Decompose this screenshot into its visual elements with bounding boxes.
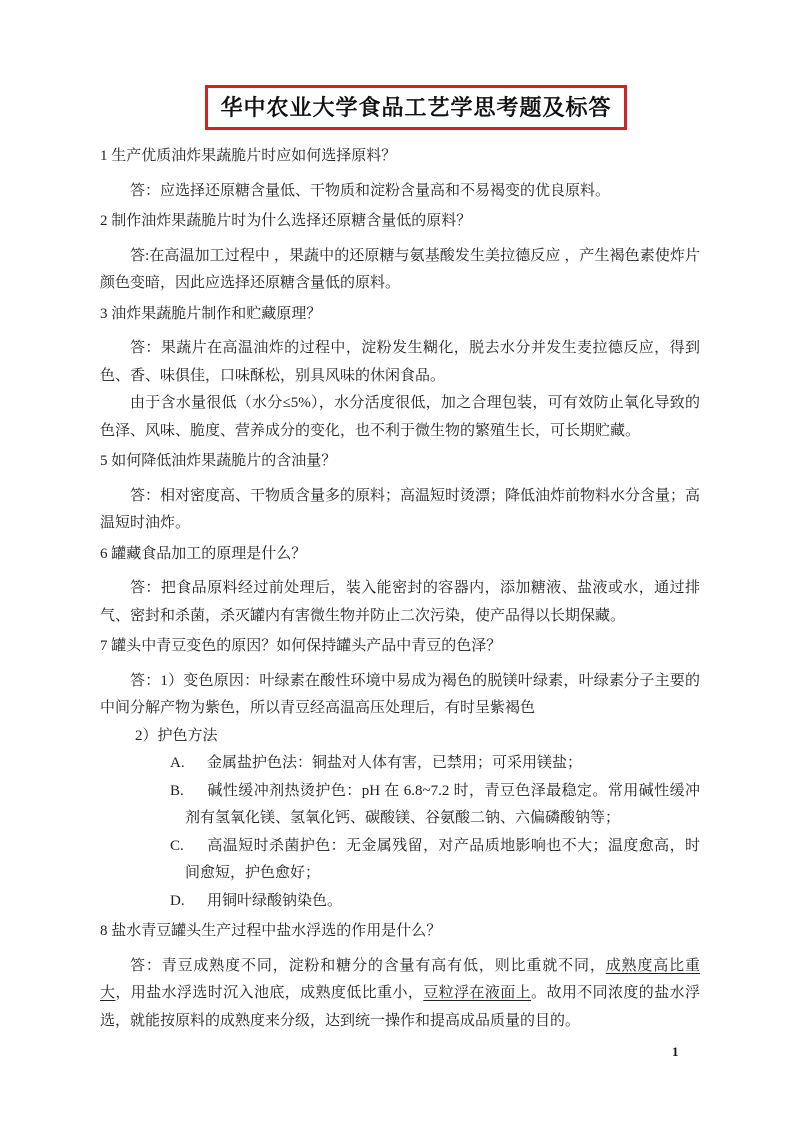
question-3: 3 油炸果蔬脆片制作和贮藏原理？ <box>100 301 700 329</box>
item-c-text: 高温短时杀菌护色：无金属残留，对产品质地影响也不大；温度愈高，时间愈短，护色愈好… <box>185 838 700 882</box>
document-page: 华中农业大学食品工艺学思考题及标答 1 生产优质油炸果蔬脆片时应如何选择原料？ … <box>0 0 800 1131</box>
item-a-marker: A. <box>170 750 207 778</box>
document-title: 华中农业大学食品工艺学思考题及标答 <box>220 94 611 122</box>
answer-7-item-b: B.碱性缓冲剂热烫护色：pH 在 6.8~7.2 时，青豆色泽最稳定。常用碱性缓… <box>100 778 700 833</box>
question-7: 7 罐头中青豆变色的原因？如何保持罐头产品中青豆的色泽？ <box>100 633 700 661</box>
answer-7-item-c: C.高温短时杀菌护色：无金属残留，对产品质地影响也不大；温度愈高，时间愈短，护色… <box>100 833 700 888</box>
answer-7-item-d: D.用铜叶绿酸钠染色。 <box>100 888 700 916</box>
item-d-text: 用铜叶绿酸钠染色。 <box>207 893 342 909</box>
answer-8-underlined-2: 豆粒浮在液面上 <box>423 985 531 1001</box>
item-c-marker: C. <box>170 833 207 861</box>
question-8: 8 盐水青豆罐头生产过程中盐水浮选的作用是什么？ <box>100 918 700 946</box>
item-a-text: 金属盐护色法：铜盐对人体有害，已禁用；可采用镁盐； <box>207 755 582 771</box>
answer-8: 答：青豆成熟度不同，淀粉和糖分的含量有高有低，则比重就不同，成熟度高比重大，用盐… <box>100 953 700 1036</box>
answer-7-paragraph-2: 2）护色方法 <box>100 723 700 751</box>
page-number: 1 <box>672 1044 679 1060</box>
question-5: 5 如何降低油炸果蔬脆片的含油量？ <box>100 448 700 476</box>
question-2: 2 制作油炸果蔬脆片时为什么选择还原糖含量低的原料？ <box>100 208 700 236</box>
document-content: 华中农业大学食品工艺学思考题及标答 1 生产优质油炸果蔬脆片时应如何选择原料？ … <box>100 0 700 1035</box>
answer-7-paragraph-1: 答：1）变色原因：叶绿素在酸性环境中易成为褐色的脱镁叶绿素，叶绿素分子主要的中间… <box>100 668 700 723</box>
answer-3-paragraph-1: 答：果蔬片在高温油炸的过程中，淀粉发生糊化，脱去水分并发生麦拉德反应，得到色、香… <box>100 335 700 390</box>
item-b-text: 碱性缓冲剂热烫护色：pH 在 6.8~7.2 时，青豆色泽最稳定。常用碱性缓冲剂… <box>185 783 700 827</box>
answer-7-item-a: A.金属盐护色法：铜盐对人体有害，已禁用；可采用镁盐； <box>100 750 700 778</box>
answer-8-segment-1: 答：青豆成熟度不同，淀粉和糖分的含量有高有低，则比重就不同， <box>130 958 606 974</box>
document-title-box: 华中农业大学食品工艺学思考题及标答 <box>205 85 627 130</box>
answer-8-segment-2: ，用盐水浮选时沉入池底，成熟度低比重小， <box>115 985 423 1001</box>
question-1: 1 生产优质油炸果蔬脆片时应如何选择原料？ <box>100 143 700 171</box>
item-d-marker: D. <box>170 888 207 916</box>
item-b-marker: B. <box>170 778 207 806</box>
answer-1: 答：应选择还原糖含量低、干物质和淀粉含量高和不易褐变的优良原料。 <box>100 178 700 206</box>
answer-3-paragraph-2: 由于含水量很低（水分≤5%），水分活度很低，加之合理包装，可有效防止氧化导致的色… <box>100 390 700 445</box>
answer-6: 答：把食品原料经过前处理后，装入能密封的容器内，添加糖液、盐液或水，通过排气、密… <box>100 575 700 630</box>
answer-5: 答：相对密度高、干物质含量多的原料；高温短时烫漂；降低油炸前物料水分含量；高温短… <box>100 483 700 538</box>
question-6: 6 罐藏食品加工的原理是什么？ <box>100 541 700 569</box>
answer-2: 答:在高温加工过程中 ，果蔬中的还原糖与氨基酸发生美拉德反应 ，产生褐色素使炸片… <box>100 243 700 298</box>
